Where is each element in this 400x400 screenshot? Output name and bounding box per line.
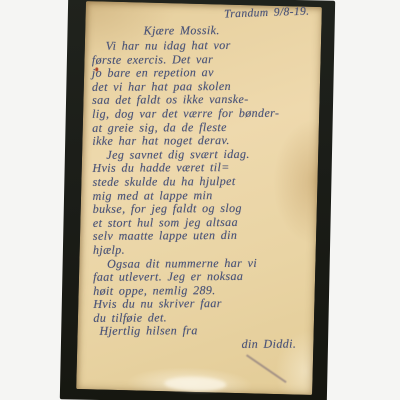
letter-line: stede skulde du ha hjulpet bbox=[93, 174, 317, 189]
letter-mat: Trandum 9/8-19. Kjære Mossik. Vi har nu … bbox=[60, 0, 335, 400]
letter-paper: Trandum 9/8-19. Kjære Mossik. Vi har nu … bbox=[76, 1, 322, 395]
letter-line: Hvis du nu skriver faar bbox=[93, 297, 317, 312]
letter-line: hjælp. bbox=[93, 242, 317, 257]
letter-line: du tilføie det. bbox=[93, 310, 317, 325]
letter-lines: Vi har nu idag hat vorførste exercis. De… bbox=[92, 38, 318, 325]
photo-backdrop: Trandum 9/8-19. Kjære Mossik. Vi har nu … bbox=[0, 0, 400, 400]
letter-signature: din Diddi. bbox=[242, 338, 318, 352]
letter-line: selv maatte lappe uten din bbox=[93, 229, 317, 244]
letter-line: lig, dog var det værre for bønder- bbox=[92, 106, 316, 121]
letter-body: Trandum 9/8-19. Kjære Mossik. Vi har nu … bbox=[92, 8, 318, 352]
paper-abrasion bbox=[164, 376, 226, 392]
pencil-stroke bbox=[246, 354, 286, 382]
